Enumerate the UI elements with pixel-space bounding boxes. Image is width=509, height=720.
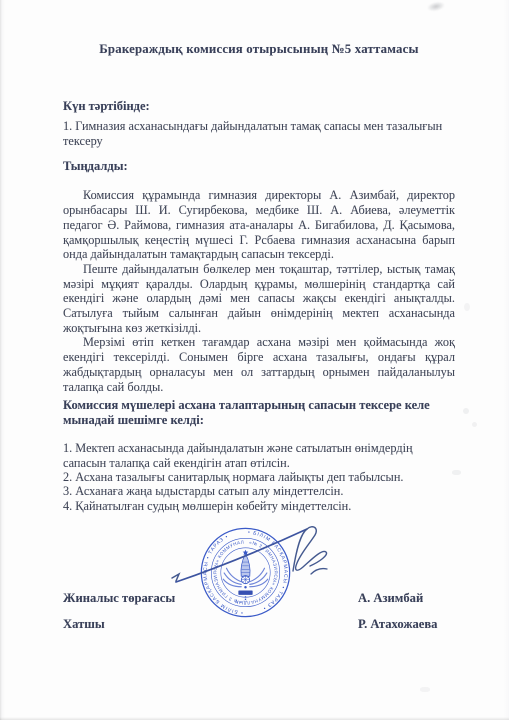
heard-heading: Тыңдалды: (63, 159, 455, 174)
document-title: Бракераждық комиссия отырысының №5 хатта… (63, 41, 455, 57)
agenda-item: 1. Гимназия асханасындағы дайындалатын т… (63, 119, 455, 148)
scan-speck (452, 470, 461, 475)
chairman-signature-icon (150, 508, 350, 608)
decision-list: 1. Мектеп асханасында дайындалатын және … (63, 441, 455, 513)
secretary-name: Р. Атахожаева (358, 616, 455, 632)
scan-speck (472, 422, 477, 427)
scan-speck (464, 303, 470, 311)
decision-item-3: 3. Асханаға жаңа ыдыстарды сатып алу мін… (63, 484, 455, 498)
scan-speck (463, 408, 469, 414)
secretary-role-label: Хатшы (63, 616, 105, 632)
scanned-document-page: Бракераждық комиссия отырысының №5 хатта… (0, 0, 509, 720)
chairman-name: А. Азимбай (358, 590, 455, 606)
decision-item-2: 2. Асхана тазалығы санитарлық нормаға ла… (63, 470, 455, 484)
heard-paragraph-2: Пеште дайындалатын бөлкелер мен тоқаштар… (63, 262, 455, 336)
decision-item-1: 1. Мектеп асханасында дайындалатын және … (63, 441, 455, 470)
agenda-heading: Күн тәртібінде: (63, 99, 455, 114)
heard-paragraph-1: Комиссия құрамында гимназия директоры А.… (63, 188, 455, 262)
heard-paragraph-3: Мерзімі өтіп кеткен тағамдар асхана мәзі… (63, 335, 455, 394)
scan-speck (420, 687, 430, 692)
decision-heading: Комиссия мүшелері асхана талаптарының са… (63, 398, 455, 428)
